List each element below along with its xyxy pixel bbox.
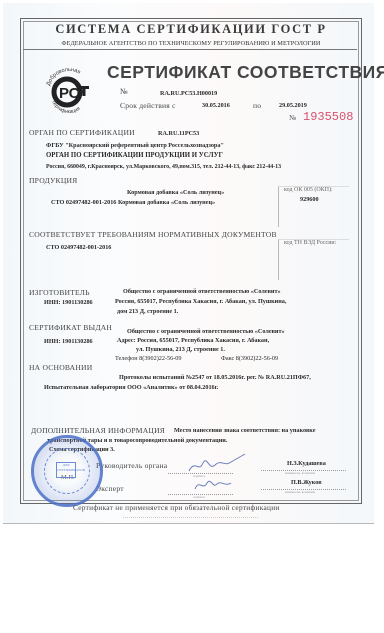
number-label: № (120, 87, 128, 96)
expert-sign-caption: подпись (193, 495, 205, 499)
issued-to-name: Общество с ограниченной ответственностью… (127, 328, 285, 335)
product-line-2: СТО 02497482-001-2016 Кормовая добавка «… (51, 199, 215, 206)
issued-to-phone: Телефон 8(3902)22-56-09 (115, 355, 181, 362)
stamp-center-text: ДЛЯ СЕРТИФИКАТОВ (56, 462, 76, 478)
certificate-paper: СИСТЕМА СЕРТИФИКАЦИИ ГОСТ Р ФЕДЕРАЛЬНОЕ … (3, 3, 374, 524)
certificate-title: СЕРТИФИКАТ СООТВЕТСТВИЯ (107, 62, 384, 83)
additional-info-label: ДОПОЛНИТЕЛЬНАЯ ИНФОРМАЦИЯ (31, 426, 165, 435)
manufacturer-name: Общество с ограниченной ответственностью… (123, 288, 281, 295)
manufacturer-address-2: дом 213 Д, строение 1. (117, 308, 178, 315)
issued-to-address-1: Адрес: Россия, 655017, Республика Хакаси… (117, 337, 269, 344)
system-title: СИСТЕМА СЕРТИФИКАЦИИ ГОСТ Р (3, 22, 379, 37)
certification-body-address: Россия, 660049, г.Красноярск, ул.Марковс… (46, 164, 281, 170)
expert-name-caption: инициалы, фамилия (285, 490, 315, 494)
footer-note: Сертификат не применяется при обязательн… (73, 503, 280, 512)
valid-to: 29.05.2019 (279, 102, 307, 109)
svg-text:РС: РС (59, 85, 80, 102)
rst-logo-icon: Добровольная сертификация РС (43, 65, 95, 117)
blank-number: 1935508 (303, 110, 353, 124)
certificate-number: RA.RU.PC53.H00019 (160, 90, 217, 97)
manufacturer-label: ИЗГОТОВИТЕЛЬ (29, 288, 90, 297)
additional-info-line-1: Место нанесения знака соответствия: на у… (174, 427, 315, 434)
okp-code: 929600 (300, 196, 319, 203)
manufacturer-address-1: Россия, 655017, Республика Хакасия, г. А… (115, 298, 286, 305)
issued-to-fax: Факс 8(3902)22-56-09 (221, 355, 278, 362)
basis-label: НА ОСНОВАНИИ (29, 363, 92, 372)
product-label: ПРОДУКЦИЯ (29, 176, 77, 185)
issued-to-address-2: ул. Пушкина, 213 Д, строение 1. (136, 346, 225, 353)
certification-body-department: ОРГАН ПО СЕРТИФИКАЦИИ ПРОДУКЦИИ И УСЛУГ (46, 152, 223, 159)
header-divider (23, 49, 357, 50)
expert-label: Эксперт (96, 484, 124, 493)
agency-name: ФЕДЕРАЛЬНОЕ АГЕНТСТВО ПО ТЕХНИЧЕСКОМУ РЕ… (3, 40, 379, 47)
basis-line-1: Протоколы испытаний №2547 от 18.05.2016г… (119, 374, 311, 381)
certification-body-org: ФГБУ "Красноярский референтный центр Рос… (46, 142, 224, 149)
manufacturer-inn: ИНН: 1901130286 (44, 299, 93, 306)
certification-body-code: RA.RU.11PC53 (158, 130, 199, 137)
official-stamp-icon: ДЛЯ СЕРТИФИКАТОВ (31, 435, 103, 507)
print-info-line (123, 517, 258, 518)
conformity-label: СООТВЕТСТВУЕТ ТРЕБОВАНИЯМ НОРМАТИВНЫХ ДО… (29, 230, 277, 239)
conformity-document: СТО 02497482-001-2016 (46, 244, 111, 251)
okp-label: код ОК 005 (ОКП): (284, 187, 333, 193)
expert-name: П.В.Жуков (291, 479, 322, 486)
issued-to-label: СЕРТИФИКАТ ВЫДАН (29, 323, 112, 332)
head-label: Руководитель органа (96, 461, 167, 470)
validity-label: Срок действия с (120, 101, 176, 110)
head-name-caption: инициалы, фамилия (285, 471, 315, 475)
head-name: Н.З.Кудашева (287, 460, 326, 467)
blank-number-label: № (289, 113, 296, 122)
issued-to-inn: ИНН: 1901130286 (44, 338, 93, 345)
valid-from: 30.05.2016 (202, 102, 230, 109)
product-line-1: Кормовая добавка «Соль лизунец» (127, 189, 224, 196)
certification-body-label: ОРГАН ПО СЕРТИФИКАЦИИ (29, 128, 135, 137)
basis-line-2: Испытательная лаборатория ООО «Аналитик»… (44, 384, 218, 391)
to-label: по (253, 101, 261, 110)
tnved-label: код ТН ВЭД России: (284, 240, 336, 246)
